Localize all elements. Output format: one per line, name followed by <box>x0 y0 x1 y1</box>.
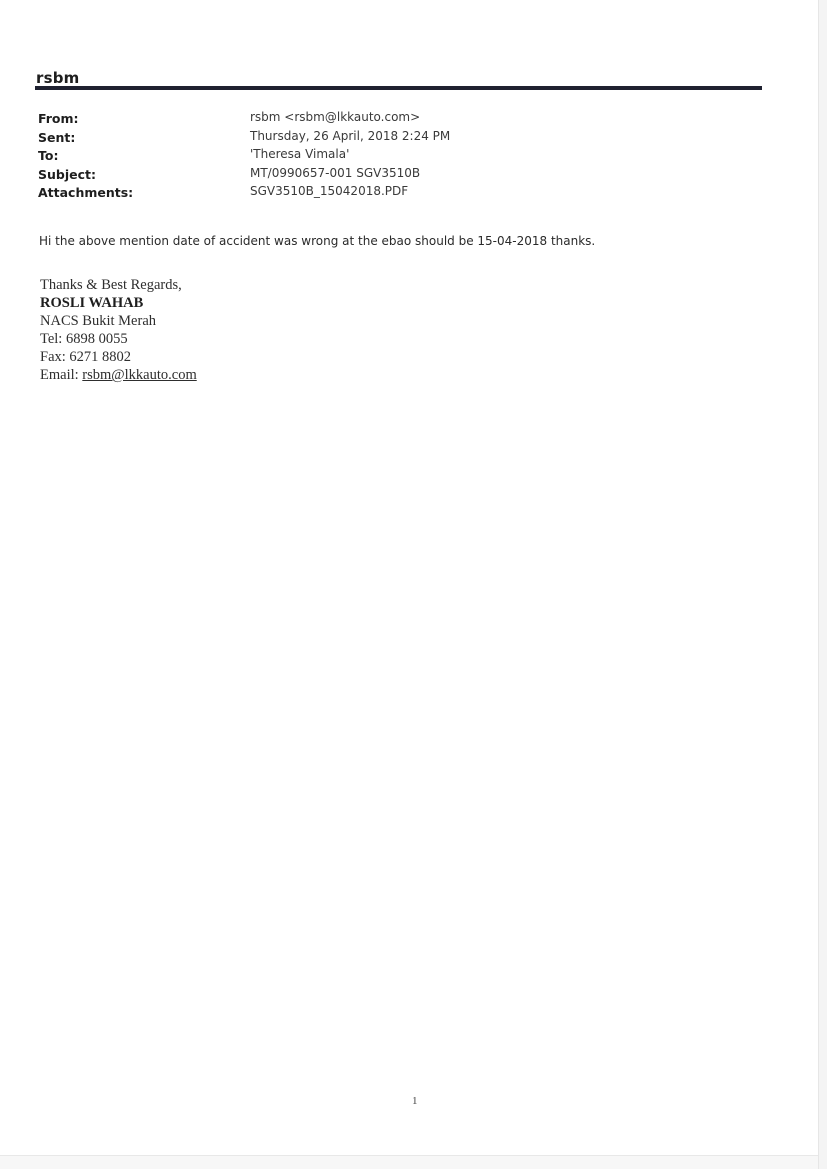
sender-title: rsbm <box>36 69 80 87</box>
signature-tel: Tel: 6898 0055 <box>40 330 197 348</box>
signature-fax: Fax: 6271 8802 <box>40 348 197 366</box>
signature-email-line: Email: rsbm@lkkauto.com <box>40 366 197 384</box>
signature-email-label: Email: <box>40 367 82 383</box>
signature-email-link[interactable]: rsbm@lkkauto.com <box>82 367 196 383</box>
subject-value: MT/0990657-001 SGV3510B <box>250 164 420 183</box>
to-label: To: <box>38 147 58 166</box>
attachments-value: SGV3510B_15042018.PDF <box>250 182 408 201</box>
signature-name: ROSLI WAHAB <box>40 294 197 312</box>
sent-value: Thursday, 26 April, 2018 2:24 PM <box>250 127 450 146</box>
scan-edge-right <box>818 0 827 1169</box>
signature-closing: Thanks & Best Regards, <box>40 276 197 294</box>
sent-label: Sent: <box>38 129 75 148</box>
subject-label: Subject: <box>38 166 96 185</box>
email-body: Hi the above mention date of accident wa… <box>39 234 595 248</box>
page-number: 1 <box>412 1095 418 1107</box>
attachments-label: Attachments: <box>38 184 133 203</box>
email-signature: Thanks & Best Regards, ROSLI WAHAB NACS … <box>40 276 197 384</box>
from-value: rsbm <rsbm@lkkauto.com> <box>250 108 420 127</box>
to-value: 'Theresa Vimala' <box>250 145 349 164</box>
from-label: From: <box>38 110 79 129</box>
signature-organization: NACS Bukit Merah <box>40 312 197 330</box>
title-divider <box>35 86 762 90</box>
scan-edge-bottom <box>0 1155 818 1169</box>
